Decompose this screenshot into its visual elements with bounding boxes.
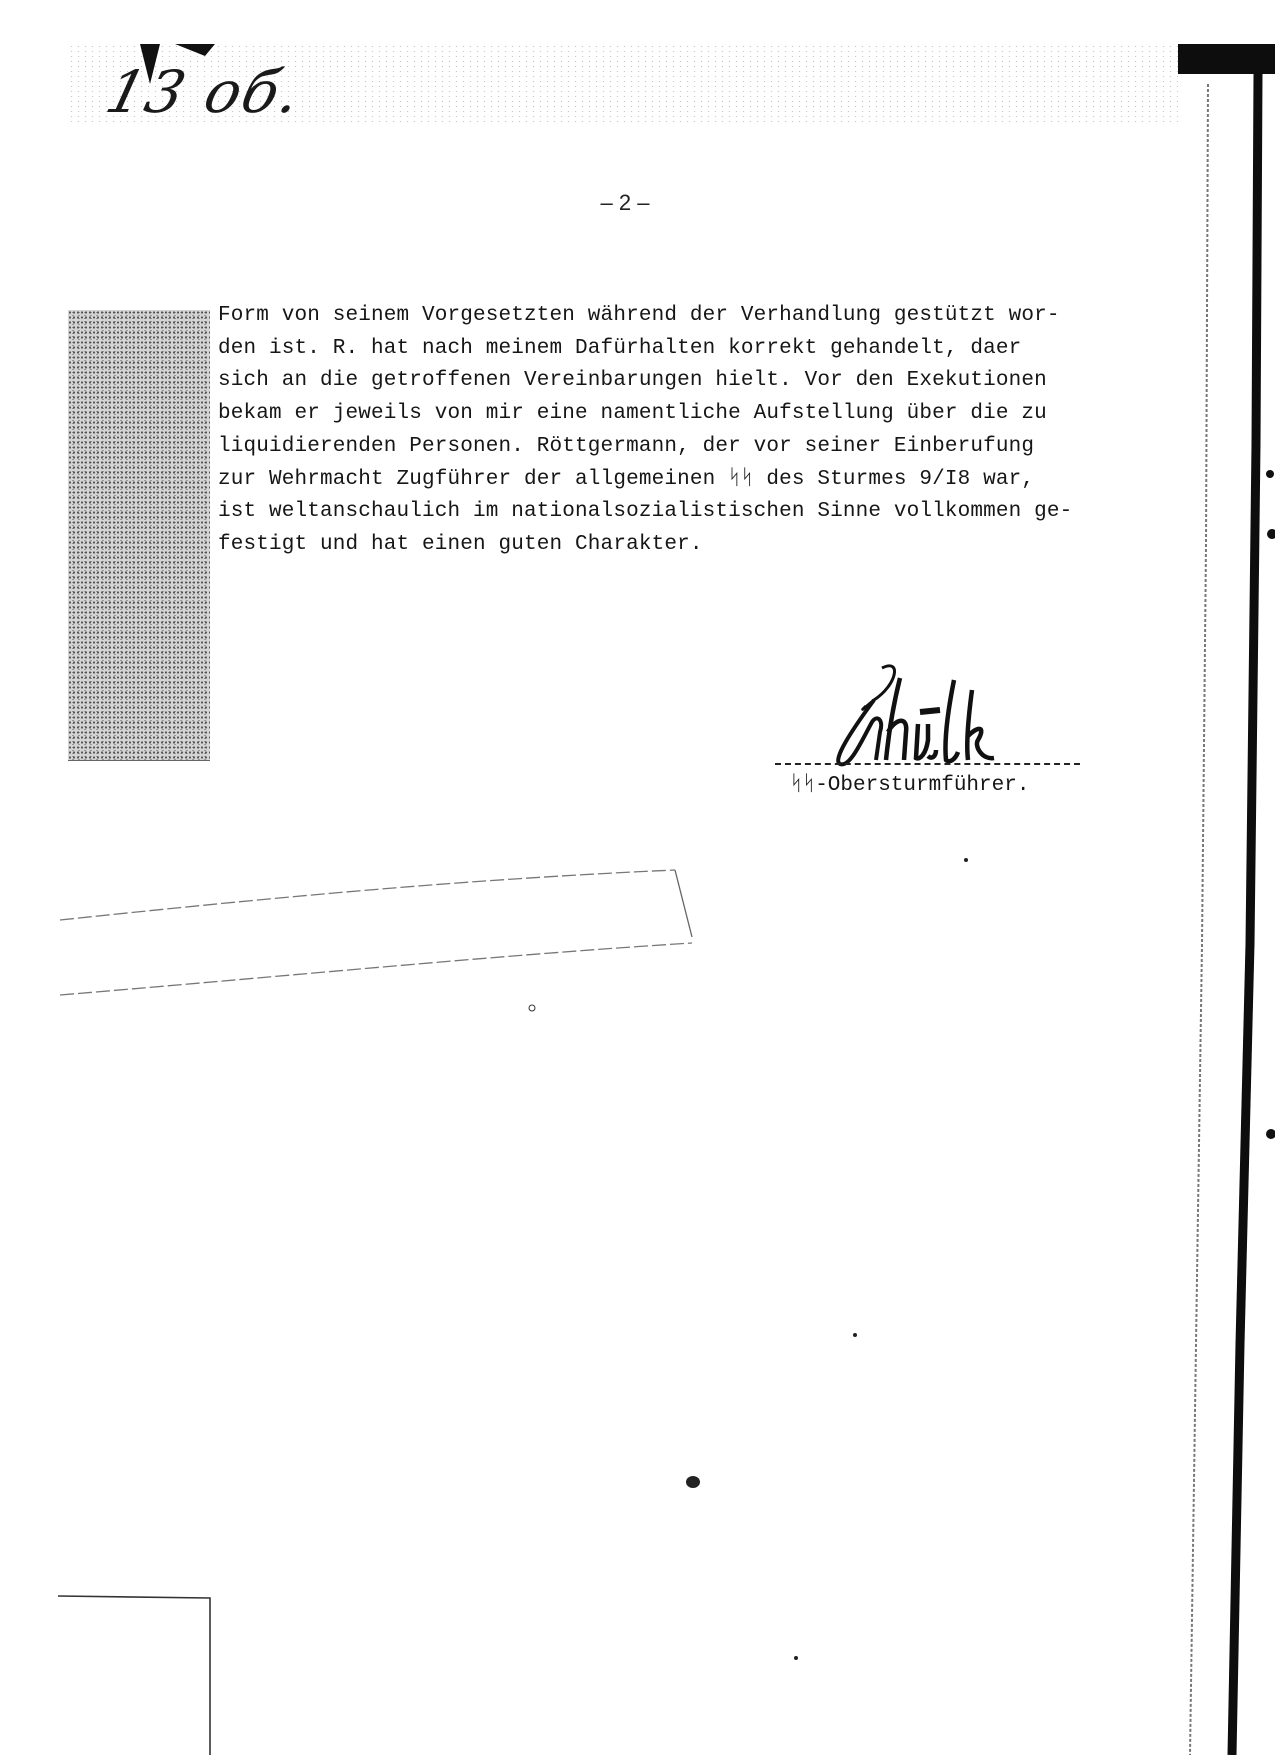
scan-right-page-edge	[1160, 44, 1275, 1755]
handwritten-signature	[822, 660, 1062, 770]
scan-speckle-margin-strip	[68, 310, 210, 761]
scan-ink-blot	[175, 44, 215, 56]
scan-ink-blot	[686, 1476, 700, 1488]
signature-line	[775, 763, 1080, 765]
scan-fold-lines	[0, 0, 1275, 1755]
body-line: den ist. R. hat nach meinem Dafürhalten …	[218, 333, 1218, 366]
body-line: ist weltanschaulich im nationalsozialist…	[218, 496, 1218, 529]
body-line: liquidierenden Personen. Röttgermann, de…	[218, 431, 1218, 464]
body-line: Form von seinem Vorgesetzten während der…	[218, 300, 1218, 333]
body-line: sich an die getroffenen Vereinbarungen h…	[218, 365, 1218, 398]
handwritten-archive-reference: 13 об.	[100, 58, 310, 126]
body-line: zur Wehrmacht Zugführer der allgemeinen …	[218, 464, 1218, 497]
signatory-rank: ᛋᛋ-Obersturmführer.	[790, 774, 1029, 797]
body-line: bekam er jeweils von mir eine namentlich…	[218, 398, 1218, 431]
letter-body: Form von seinem Vorgesetzten während der…	[218, 300, 1218, 562]
body-line: festigt und hat einen guten Charakter.	[218, 529, 1218, 562]
page-number: – 2 –	[560, 190, 690, 216]
